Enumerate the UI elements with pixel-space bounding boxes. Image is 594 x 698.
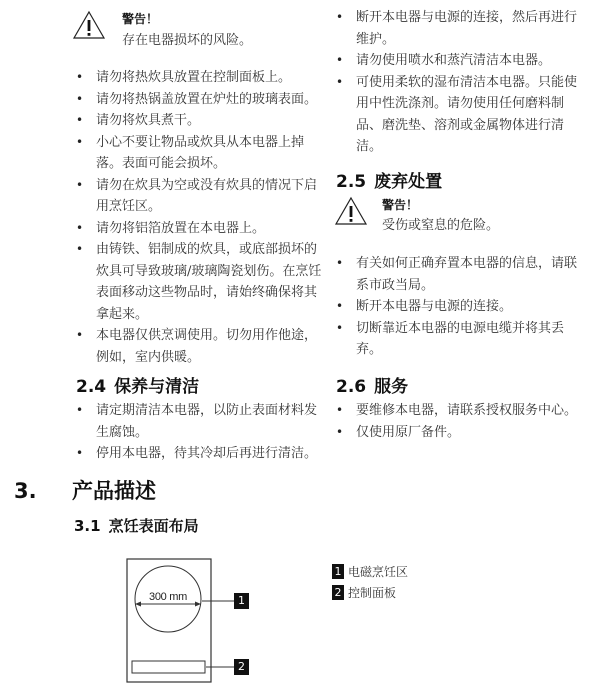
section-number: 2.5 bbox=[336, 172, 366, 192]
section-heading-2-5: 2.5废弃处置 bbox=[336, 167, 442, 192]
warning-title: 警告！ bbox=[122, 10, 158, 27]
list-item: 请勿使用喷水和蒸汽清洁本电器。 bbox=[336, 50, 584, 72]
legend-item-induction-zone: 1 电磁烹饪区 bbox=[332, 561, 408, 582]
list-item: 断开本电器与电源的连接，然后再进行维护。 bbox=[336, 7, 584, 50]
list-item: 请勿将热炊具放置在控制面板上。 bbox=[76, 67, 326, 89]
chapter-heading-3: 3.产品描述 bbox=[14, 475, 156, 505]
section-heading-3-1: 3.1烹饪表面布局 bbox=[74, 515, 199, 536]
warning-triangle-icon bbox=[334, 196, 368, 226]
service-list: 要维修本电器，请联系授权服务中心。 仅使用原厂备件。 bbox=[336, 400, 594, 443]
list-item: 仅使用原厂备件。 bbox=[336, 422, 594, 444]
list-item: 可使用柔软的湿布清洁本电器。只能使用中性洗涤剂。请勿使用任何磨料制品、磨洗垫、溶… bbox=[336, 72, 584, 158]
hob-outline-drawing bbox=[120, 555, 260, 698]
list-item: 请勿将炊具煮干。 bbox=[76, 110, 326, 132]
list-item: 要维修本电器，请联系授权服务中心。 bbox=[336, 400, 594, 422]
care-cleaning-list: 请定期清洁本电器，以防止表面材料发生腐蚀。 停用本电器，待其冷却后再进行清洁。 bbox=[76, 400, 326, 465]
disposal-list: 有关如何正确弃置本电器的信息，请联系市政当局。 断开本电器与电源的连接。 切断靠… bbox=[336, 253, 584, 361]
warning-title: 警告！ bbox=[382, 196, 418, 213]
list-item: 请勿在炊具为空或没有炊具的情况下启用烹饪区。 bbox=[76, 175, 326, 218]
section-title: 保养与清洁 bbox=[114, 377, 199, 397]
list-item: 有关如何正确弃置本电器的信息，请联系市政当局。 bbox=[336, 253, 584, 296]
section-title: 服务 bbox=[374, 377, 408, 397]
chapter-number: 3. bbox=[14, 479, 72, 503]
list-item: 请勿将热锅盖放置在炉灶的玻璃表面。 bbox=[76, 89, 326, 111]
legend-item-control-panel: 2 控制面板 bbox=[332, 582, 408, 603]
section-heading-2-6: 2.6服务 bbox=[336, 372, 408, 397]
section-heading-2-4: 2.4保养与清洁 bbox=[76, 372, 199, 397]
warning-text: 受伤或窒息的危险。 bbox=[382, 214, 499, 233]
callout-1-badge: 1 bbox=[234, 593, 249, 609]
warning-text: 存在电器损坏的风险。 bbox=[122, 29, 252, 48]
list-item: 请勿将铝箔放置在本电器上。 bbox=[76, 218, 326, 240]
list-item: 断开本电器与电源的连接。 bbox=[336, 296, 584, 318]
section-title: 废弃处置 bbox=[374, 172, 442, 192]
section-number: 2.6 bbox=[336, 377, 366, 397]
section-number: 2.4 bbox=[76, 377, 106, 397]
legend-number: 2 bbox=[332, 585, 344, 600]
list-item: 停用本电器，待其冷却后再进行清洁。 bbox=[76, 443, 326, 465]
legend-label: 电磁烹饪区 bbox=[348, 563, 408, 580]
list-item: 切断靠近本电器的电源电缆并将其丢弃。 bbox=[336, 318, 584, 361]
list-item: 小心不要让物品或炊具从本电器上掉落。表面可能会损坏。 bbox=[76, 132, 326, 175]
section-number: 3.1 bbox=[74, 517, 101, 535]
safety-list: 请勿将热炊具放置在控制面板上。 请勿将热锅盖放置在炉灶的玻璃表面。 请勿将炊具煮… bbox=[76, 67, 326, 368]
dimension-label: 300 mm bbox=[148, 591, 188, 603]
list-item: 请定期清洁本电器，以防止表面材料发生腐蚀。 bbox=[76, 400, 326, 443]
callout-2-badge: 2 bbox=[234, 659, 249, 675]
chapter-title: 产品描述 bbox=[72, 479, 156, 503]
list-item: 由铸铁、铝制成的炊具，或底部损坏的炊具可导致玻璃/玻璃陶瓷划伤。在烹饪表面移动这… bbox=[76, 239, 326, 325]
diagram-legend: 1 电磁烹饪区 2 控制面板 bbox=[332, 561, 408, 603]
legend-number: 1 bbox=[332, 564, 344, 579]
maintenance-list: 断开本电器与电源的连接，然后再进行维护。 请勿使用喷水和蒸汽清洁本电器。 可使用… bbox=[336, 7, 584, 158]
list-item: 本电器仅供烹调使用。切勿用作他途，例如，室内供暖。 bbox=[76, 325, 326, 368]
cooking-surface-diagram: 300 mm 1 2 bbox=[120, 555, 260, 698]
warning-triangle-icon bbox=[72, 10, 106, 40]
legend-label: 控制面板 bbox=[348, 584, 396, 601]
section-title: 烹饪表面布局 bbox=[109, 517, 199, 535]
